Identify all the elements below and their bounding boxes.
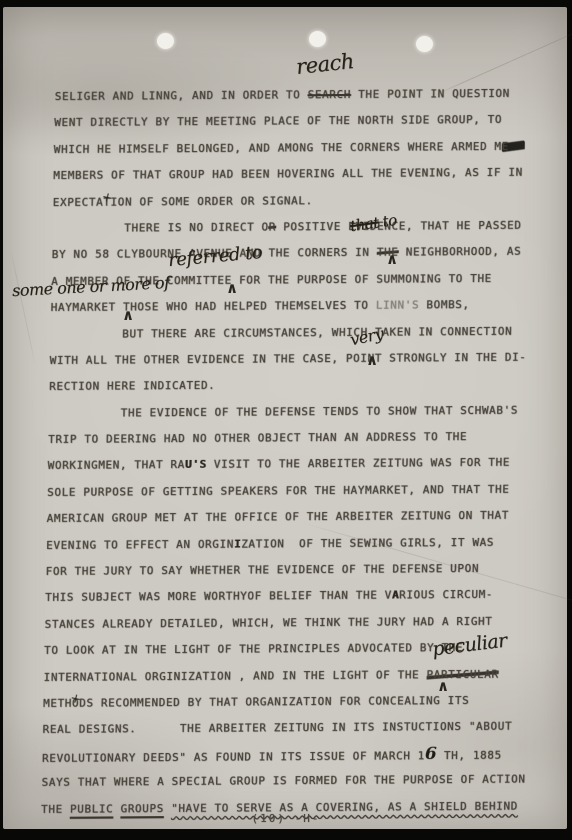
- text-segment: BOMBS,: [419, 298, 470, 311]
- text-segment: INTERNATIONAL ORGINIZATION , AND IN THE …: [43, 668, 426, 684]
- typed-line: REVOLUTIONARY DEEDS" AS FOUND IN ITS ISS…: [42, 740, 549, 770]
- segment-pen: R: [269, 220, 276, 233]
- text-segment: THE POINT IN QUESTION: [351, 87, 510, 101]
- text-segment: WORKINGMEN, THAT RA: [48, 459, 186, 473]
- text-segment: HAYMARKET THOSE WHO HAD HELPED THEMSELVE…: [51, 299, 376, 314]
- typed-line: THERE IS NO DIRECT OR POSITIVE EVIDENCE,…: [52, 212, 559, 242]
- text-segment: ION OF SOME ORDER OR SIGNAL.: [110, 194, 313, 208]
- segment-f: LINN'S: [376, 299, 420, 312]
- text-segment: EXPECTA: [53, 195, 104, 208]
- text-segment: TRIP TO DEERING HAD NO OTHER OBJECT THAN…: [48, 430, 467, 446]
- typed-line: EVENING TO EFFECT AN ORGINIZATION OF THE…: [46, 529, 553, 559]
- typed-line: SELIGER AND LINNG, AND IN ORDER TO SEARC…: [54, 80, 561, 110]
- typed-line: SOLE PURPOSE OF GETTING SPEAKERS FOR THE…: [47, 476, 554, 506]
- scanned-document: SELIGER AND LINNG, AND IN ORDER TO SEARC…: [0, 0, 572, 840]
- typed-line: STANCES ALREADY DETAILED, WHICH, WE THIN…: [44, 608, 551, 638]
- text-segment: TH, 1885: [437, 749, 502, 762]
- text-segment: METH: [43, 697, 72, 710]
- typed-line: FOR THE JURY TO SAY WHETHER THE EVIDENCE…: [45, 555, 552, 585]
- text-segment: STANCES ALREADY DETAILED, WHICH, WE THIN…: [44, 615, 492, 631]
- segment-mark: O: [72, 697, 79, 710]
- segment-mark: T: [103, 195, 110, 208]
- text-segment: TO LOOK AT IN THE LIGHT OF THE PRINCIPLE…: [44, 641, 463, 657]
- text-segment: POSITIVE EVIDENCE, THAT HE PASSED: [276, 219, 522, 234]
- typed-line: BUT THERE ARE CIRCUMSTANCES, WHICH TAKEN…: [50, 318, 557, 348]
- text-segment: WITH ALL THE OTHER EVIDENCE IN THE CASE,…: [50, 351, 527, 367]
- text-segment: AMERICAN GROUP MET AT THE OFFICE OF THE …: [47, 509, 510, 525]
- segment-hw6: 6: [425, 744, 437, 764]
- text-segment: MEMBERS OF THAT GROUP HAD BEEN HOVERING …: [53, 166, 523, 182]
- text-segment: RIOUS CIRCUM-: [399, 588, 493, 602]
- punch-hole: [157, 33, 174, 49]
- text-segment: SAYS THAT WHERE A SPECIAL GROUP IS FORME…: [41, 773, 525, 789]
- typed-line: THE EVIDENCE OF THE DEFENSE TENDS TO SHO…: [48, 397, 555, 427]
- text-segment: VISIT TO THE ARBEITER ZEITUNG WAS FOR TH…: [206, 456, 510, 471]
- typed-line: BY NO 58 CLYBOURNE AVENUE AND THE CORNER…: [51, 239, 558, 269]
- text-segment: THE EVIDENCE OF THE DEFENSE TENDS TO SHO…: [121, 403, 519, 419]
- text-segment: THERE IS NO DIRECT O: [124, 220, 269, 234]
- text-segment: WHICH HE HIMSELF BELONGED, AND AMONG THE…: [54, 140, 502, 156]
- text-segment: EVENING TO EFFECT AN ORGIN: [46, 537, 234, 551]
- punch-hole: [309, 31, 326, 47]
- text-segment: THIS SUBJECT WAS MORE WORTHYOF BELIEF TH…: [45, 589, 392, 604]
- segment-st: SEARCH: [307, 88, 351, 101]
- typed-line: METHODS RECOMMENDED BY THAT ORGANIZATION…: [43, 687, 550, 717]
- typed-line: REAL DESIGNS. THE ARBEITER ZEITUNG IN IT…: [42, 714, 549, 744]
- punch-hole: [416, 36, 433, 52]
- typed-line: WHICH HE HIMSELF BELONGED, AND AMONG THE…: [53, 133, 560, 163]
- typed-line: INTERNATIONAL ORGINIZATION , AND IN THE …: [43, 661, 550, 691]
- text-segment: REVOLUTIONARY DEEDS" AS FOUND IN ITS ISS…: [42, 749, 425, 765]
- segment-pen: THE: [377, 246, 399, 259]
- text-segment: BY NO 58 CLYBOURNE AVENUE AND THE CORNER…: [52, 246, 377, 261]
- typed-line: TO LOOK AT IN THE LIGHT OF THE PRINCIPLE…: [44, 635, 551, 665]
- segment-ov: U'S: [185, 458, 207, 471]
- typed-text: SELIGER AND LINNG, AND IN ORDER TO SEARC…: [41, 80, 561, 822]
- text-segment: NEIGHBORHOOD, AS: [398, 245, 521, 259]
- text-segment: A MEMBER OF THE COMMITTEE FOR THE PURPOS…: [51, 272, 492, 288]
- crease-line: [10, 249, 36, 367]
- text-segment: SOLE PURPOSE OF GETTING SPEAKERS FOR THE…: [47, 483, 510, 499]
- typed-line: TRIP TO DEERING HAD NO OTHER OBJECT THAN…: [48, 424, 555, 454]
- typed-line: SAYS THAT WHERE A SPECIAL GROUP IS FORME…: [41, 767, 548, 797]
- text-segment: SELIGER AND LINNG, AND IN ORDER TO: [55, 88, 308, 103]
- page-number: (10) -H-: [0, 812, 572, 825]
- typed-line: WENT DIRECTLY BY THE MEETING PLACE OF TH…: [54, 107, 561, 137]
- text-segment: DS RECOMMENDED BY THAT ORGANIZATION FOR …: [79, 694, 469, 710]
- typed-line: A MEMBER OF THE COMMITTEE FOR THE PURPOS…: [51, 265, 558, 295]
- text-segment: ZATION OF THE SEWING GIRLS, IT WAS: [241, 536, 494, 551]
- typed-line: WITH ALL THE OTHER EVIDENCE IN THE CASE,…: [49, 344, 556, 374]
- segment-pen: PARTICULAR: [426, 667, 498, 681]
- text-segment: RECTION HERE INDICATED.: [49, 379, 215, 393]
- text-segment: BUT THERE ARE CIRCUMSTANCES, WHICH TAKEN…: [122, 324, 512, 340]
- typed-line: HAYMARKET THOSE WHO HAD HELPED THEMSELVE…: [50, 292, 557, 322]
- typed-line: AMERICAN GROUP MET AT THE OFFICE OF THE …: [46, 503, 553, 533]
- typed-line: EXPECTATION OF SOME ORDER OR SIGNAL.: [52, 186, 559, 216]
- typed-line: RECTION HERE INDICATED.: [49, 371, 556, 401]
- typed-line: WORKINGMEN, THAT RAU'S VISIT TO THE ARBE…: [47, 450, 554, 480]
- text-segment: WENT DIRECTLY BY THE MEETING PLACE OF TH…: [54, 113, 502, 129]
- typed-line: MEMBERS OF THAT GROUP HAD BEEN HOVERING …: [53, 160, 560, 190]
- text-segment: REAL DESIGNS. THE ARBEITER ZEITUNG IN IT…: [42, 720, 512, 736]
- text-segment: FOR THE JURY TO SAY WHETHER THE EVIDENCE…: [46, 562, 480, 578]
- segment-blob: E: [502, 139, 525, 152]
- typed-line: THIS SUBJECT WAS MORE WORTHYOF BELIEF TH…: [45, 582, 552, 612]
